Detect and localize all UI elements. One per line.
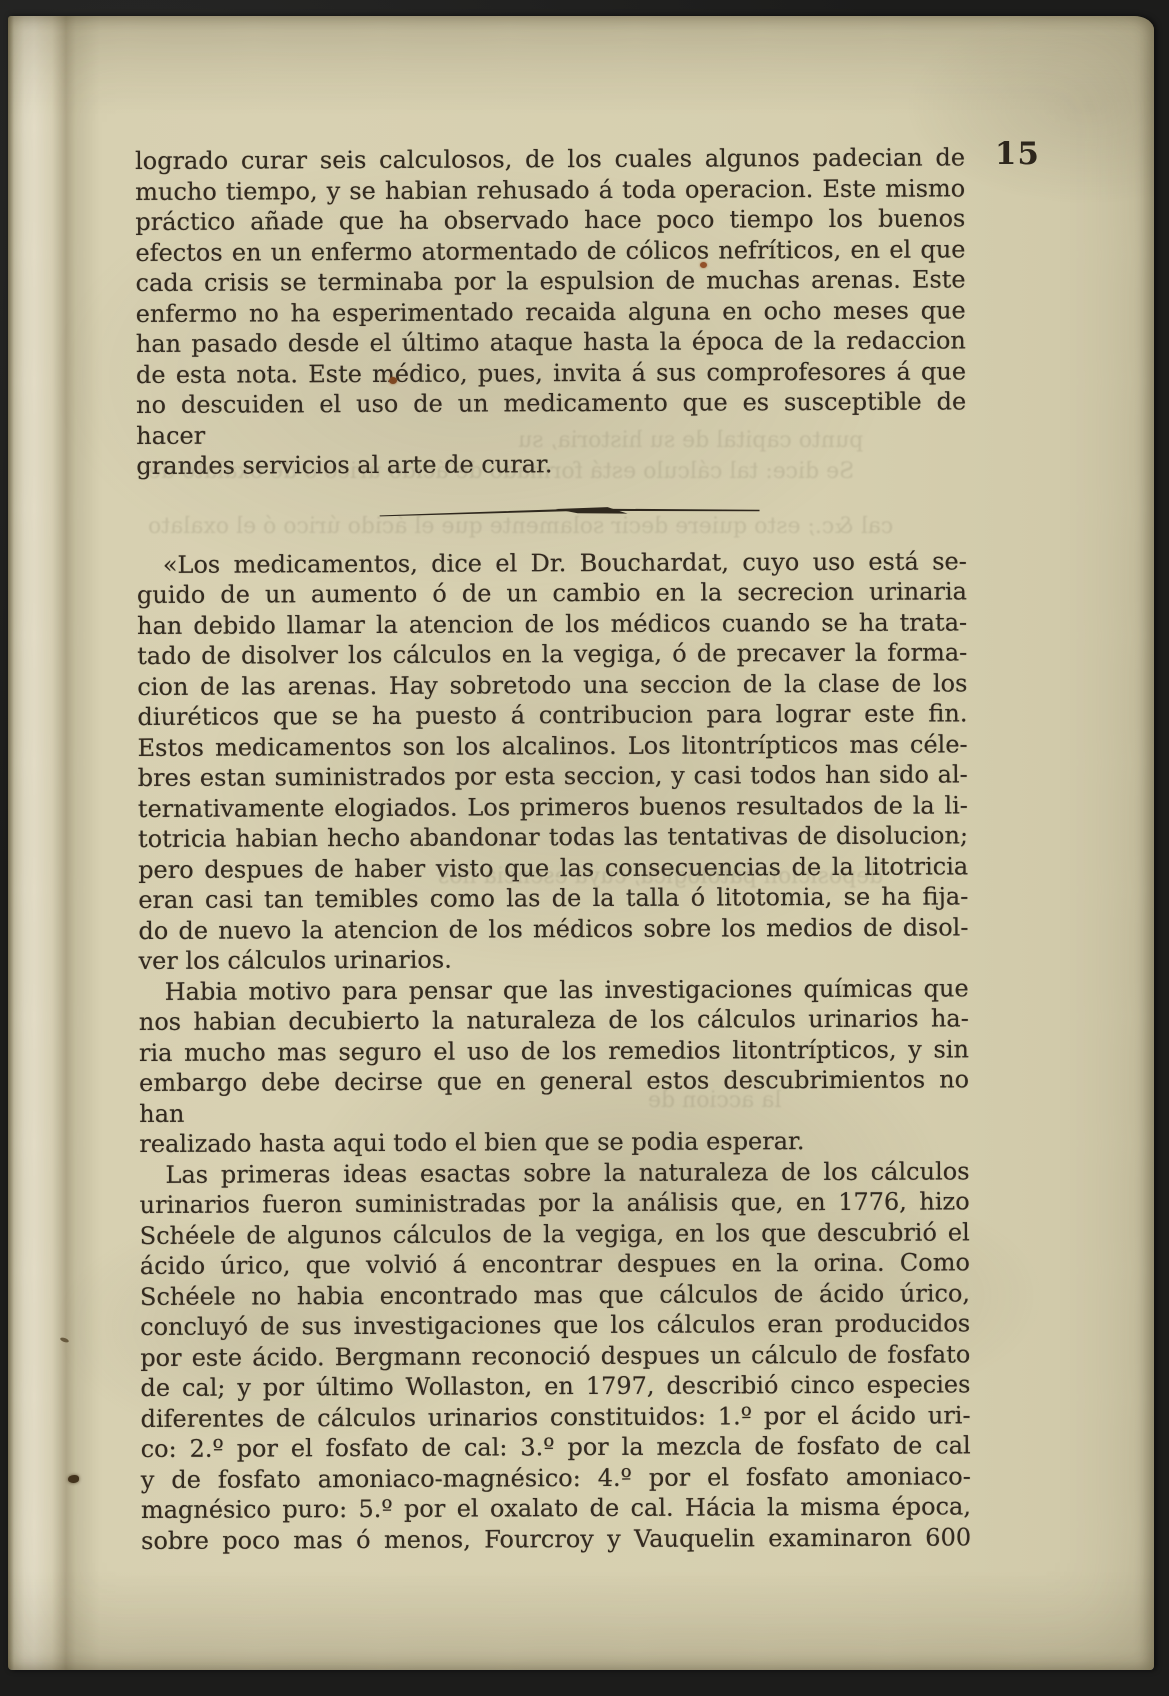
- text-line: urinarios fueron suministradas por la an…: [140, 1186, 970, 1220]
- paragraph: Habia motivo para pensar que las investi…: [139, 973, 970, 1160]
- text-line: cion de las arenas. Hay sobretodo una se…: [137, 668, 967, 702]
- text-line: totricia habian hecho abandonar todas la…: [138, 820, 968, 854]
- text-line: embargo debe decirse que en general esto…: [139, 1064, 969, 1129]
- text-line: nos habian decubierto la naturaleza de l…: [139, 1003, 969, 1037]
- section-divider: [380, 503, 760, 521]
- text-line: logrado curar seis calculosos, de los cu…: [135, 142, 965, 176]
- text-line: co: 2.º por el fosfato de cal: 3.º por l…: [141, 1430, 971, 1464]
- text-line: y de fosfato amoniaco-magnésico: 4.º por…: [141, 1461, 971, 1495]
- text-line: Estos medicamentos son los alcalinos. Lo…: [138, 729, 968, 763]
- paragraph: logrado curar seis calculosos, de los cu…: [135, 142, 966, 481]
- text-line: concluyó de sus investigaciones que los …: [140, 1308, 970, 1342]
- text-block: logrado curar seis calculosos, de los cu…: [135, 142, 971, 1556]
- paragraph: «Los medicamentos, dice el Dr. Boucharda…: [137, 546, 969, 977]
- text-line: ria mucho mas seguro el uso de los remed…: [139, 1034, 969, 1068]
- text-line: práctico añade que ha observado hace poc…: [135, 203, 965, 237]
- text-line: guido de un aumento ó de un cambio en la…: [137, 576, 967, 610]
- text-line: ternativamente elogiados. Los primeros b…: [138, 790, 968, 824]
- text-line: grandes servicios al arte de curar.: [136, 447, 966, 481]
- divider-rule: [380, 503, 760, 521]
- text-line: han debido llamar la atencion de los méd…: [137, 607, 967, 641]
- text-line: Las primeras ideas esactas sobre la natu…: [139, 1156, 969, 1190]
- text-line: Schéele de algunos cálculos de la vegiga…: [140, 1217, 970, 1251]
- text-line: por este ácido. Bergmann reconoció despu…: [140, 1339, 970, 1373]
- text-line: han pasado desde el último ataque hasta …: [136, 325, 966, 359]
- text-line: sobre poco mas ó menos, Fourcroy y Vauqu…: [141, 1522, 971, 1556]
- text-line: mucho tiempo, y se habian rehusado á tod…: [135, 173, 965, 207]
- text-line: eran casi tan temibles como las de la ta…: [138, 881, 968, 915]
- text-line: diferentes de cálculos urinarios constit…: [140, 1400, 970, 1434]
- book-page: punto capital de su historia, suSe dice:…: [8, 16, 1154, 1670]
- text-line: efectos en un enfermo atormentado de cól…: [135, 234, 965, 268]
- text-line: pero despues de haber visto que las cons…: [138, 851, 968, 885]
- text-line: diuréticos que se ha puesto á contribuci…: [137, 698, 967, 732]
- text-line: «Los medicamentos, dice el Dr. Boucharda…: [137, 546, 967, 580]
- text-line: ver los cálculos urinarios.: [138, 942, 968, 976]
- text-line: enfermo no ha esperimentado recaida algu…: [136, 295, 966, 329]
- text-line: cada crisis se terminaba por la espulsio…: [136, 264, 966, 298]
- paragraph: Las primeras ideas esactas sobre la natu…: [139, 1156, 971, 1556]
- text-line: no descuiden el uso de un medicamento qu…: [136, 386, 966, 451]
- paper-speck: [68, 1475, 79, 1483]
- text-line: Habia motivo para pensar que las investi…: [139, 973, 969, 1007]
- text-line: bres estan suministrados por esta seccio…: [138, 759, 968, 793]
- text-line: Schéele no habia encontrado mas que cálc…: [140, 1278, 970, 1312]
- text-line: de cal; y por último Wollaston, en 1797,…: [140, 1369, 970, 1403]
- text-line: do de nuevo la atencion de los médicos s…: [138, 912, 968, 946]
- text-line: de esta nota. Este médico, pues, invita …: [136, 356, 966, 390]
- paper-speck: [60, 1337, 70, 1344]
- text-line: realizado hasta aqui todo el bien que se…: [139, 1125, 969, 1159]
- scanned-book-photo: punto capital de su historia, suSe dice:…: [0, 0, 1169, 1696]
- text-line: magnésico puro: 5.º por el oxalato de ca…: [141, 1491, 971, 1525]
- text-line: tado de disolver los cálculos en la vegi…: [137, 637, 967, 671]
- text-line: ácido úrico, que volvió á encontrar desp…: [140, 1247, 970, 1281]
